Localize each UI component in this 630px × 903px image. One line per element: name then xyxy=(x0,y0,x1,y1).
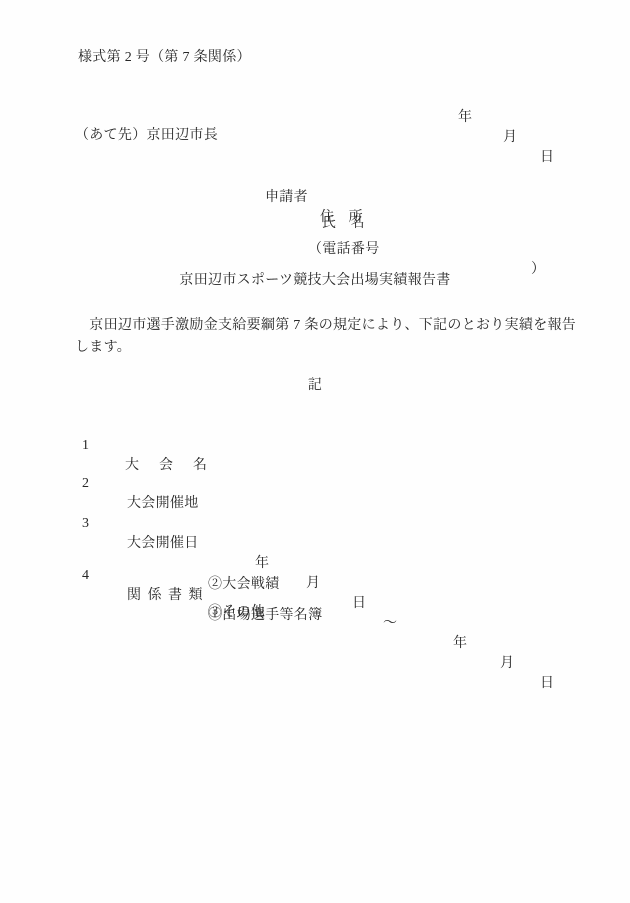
item-4-row: 4 関 係 書 類 ①出場選手等名簿 xyxy=(0,546,630,646)
addressee: （あて先）京田辺市長 xyxy=(75,126,218,146)
item-2-number: 2 xyxy=(82,474,89,494)
issue-date-year-label: 年 xyxy=(458,108,472,128)
phone-label: （電話番号 xyxy=(308,240,380,260)
body-paragraph-line-2: します。 xyxy=(75,338,131,358)
event-end-month-label: 月 xyxy=(500,654,514,674)
issue-date-month-label: 月 xyxy=(503,128,517,148)
list-heading: 記 xyxy=(0,376,630,396)
item-4-label: 関 係 書 類 xyxy=(127,586,204,606)
attachment-3-label: ③その他 xyxy=(208,603,265,623)
item-3-number: 3 xyxy=(82,514,89,534)
attachment-2-label: ②大会戦績 xyxy=(208,575,280,595)
item-1-number: 1 xyxy=(82,436,89,456)
report-form-page: 様式第 2 号（第 7 条関係） 年 月 日 （あて先）京田辺市長 申請者 住 … xyxy=(0,0,630,903)
form-number: 様式第 2 号（第 7 条関係） xyxy=(78,48,251,68)
document-title: 京田辺市スポーツ競技大会出場実績報告書 xyxy=(0,271,630,291)
event-end-day-label: 日 xyxy=(540,674,554,694)
issue-date-day-label: 日 xyxy=(540,148,554,168)
item-4-number: 4 xyxy=(82,566,89,586)
body-paragraph-line-1: 京田辺市選手激励金支給要綱第 7 条の規定により、下記のとおり実績を報告 xyxy=(75,316,576,336)
